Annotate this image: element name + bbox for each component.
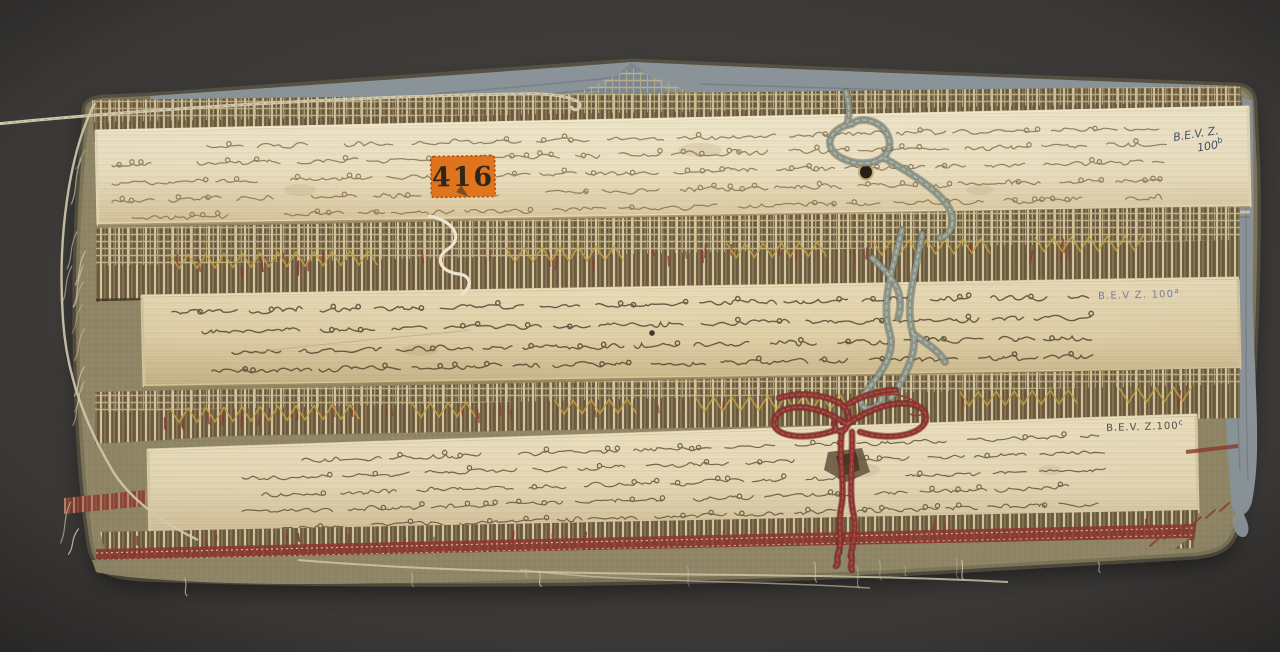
red-tick — [668, 257, 669, 266]
red-tick — [386, 408, 387, 413]
red-tick — [242, 267, 243, 278]
shelfmark-bottom-suffix: c — [1178, 417, 1183, 426]
catalog-number-sticker: 416 — [431, 155, 496, 197]
red-tick — [805, 529, 806, 540]
age-spot — [284, 184, 316, 196]
red-tick — [854, 251, 855, 265]
red-tick — [686, 252, 687, 258]
red-tick — [1146, 520, 1147, 529]
red-tick — [404, 538, 405, 544]
red-tick — [477, 409, 478, 418]
red-tick — [1177, 395, 1178, 408]
age-spot — [678, 143, 722, 157]
red-tick — [555, 258, 556, 269]
red-tick — [223, 412, 224, 426]
manuscript-bundle: 416 B.E.V. Z. 100b — [0, 62, 1257, 596]
red-tick — [683, 403, 684, 410]
red-tick — [595, 411, 596, 417]
red-tick — [585, 533, 586, 541]
age-spot — [1038, 465, 1062, 475]
red-tick — [866, 248, 867, 259]
manuscript-photo: 416 B.E.V. Z. 100b — [0, 0, 1280, 652]
red-tick — [944, 525, 945, 538]
red-tick — [206, 541, 207, 547]
red-tick — [392, 410, 393, 416]
age-spot — [966, 185, 994, 195]
red-tick — [511, 410, 512, 419]
age-spot — [840, 463, 880, 477]
palm-leaf-middle: B.E.V Z. 100a — [142, 278, 1240, 387]
red-tick — [241, 414, 242, 428]
red-tick — [422, 251, 423, 263]
red-tick — [723, 528, 724, 534]
red-tick — [552, 529, 553, 537]
red-tick — [262, 261, 263, 272]
red-tick — [287, 535, 288, 541]
red-tick — [259, 416, 260, 424]
red-tick — [653, 250, 654, 255]
red-tick — [705, 244, 706, 257]
string-hole-middle-leaf — [649, 330, 655, 336]
red-tick — [434, 538, 435, 546]
red-tick — [298, 534, 299, 541]
red-tick — [216, 536, 217, 545]
shelfmark-middle-suffix: a — [1174, 286, 1180, 295]
red-tick — [658, 406, 659, 413]
red-tick — [817, 529, 818, 537]
red-tick — [208, 413, 209, 423]
shelfmark-middle-text: B.E.V Z. 100 — [1098, 289, 1175, 302]
red-tick — [933, 522, 934, 530]
age-spot — [402, 344, 438, 356]
photo-stage: 416 B.E.V. Z. 100b — [0, 0, 1280, 652]
